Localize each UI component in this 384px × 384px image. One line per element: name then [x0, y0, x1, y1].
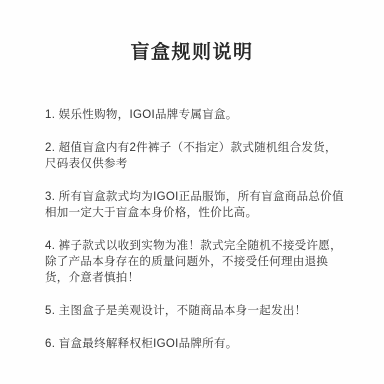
- rule-item-3: 3. 所有盲盒款式均为IGOI正品服饰，所有盲盒商品总价值相加一定大于盲盒本身价…: [45, 189, 346, 221]
- rules-list: 1. 娱乐性购物，IGOI品牌专属盲盒。 2. 超值盲盒内有2件裤子（不指定）款…: [0, 64, 384, 352]
- rule-item-2: 2. 超值盲盒内有2件裤子（不指定）款式随机组合发货，尺码表仅供参考: [45, 140, 346, 172]
- blind-box-rules-page: 盲盒规则说明 1. 娱乐性购物，IGOI品牌专属盲盒。 2. 超值盲盒内有2件裤…: [0, 0, 384, 384]
- rule-item-6: 6. 盲盒最终解释权柜IGOI品牌所有。: [45, 336, 346, 352]
- rule-item-4: 4. 裤子款式以收到实物为准！款式完全随机不接受许愿，除了产品本身存在的质量问题…: [45, 238, 346, 286]
- rule-item-1: 1. 娱乐性购物，IGOI品牌专属盲盒。: [45, 107, 346, 123]
- rule-item-5: 5. 主图盒子是美观设计，不随商品本身一起发出！: [45, 303, 346, 319]
- page-title: 盲盒规则说明: [0, 0, 384, 64]
